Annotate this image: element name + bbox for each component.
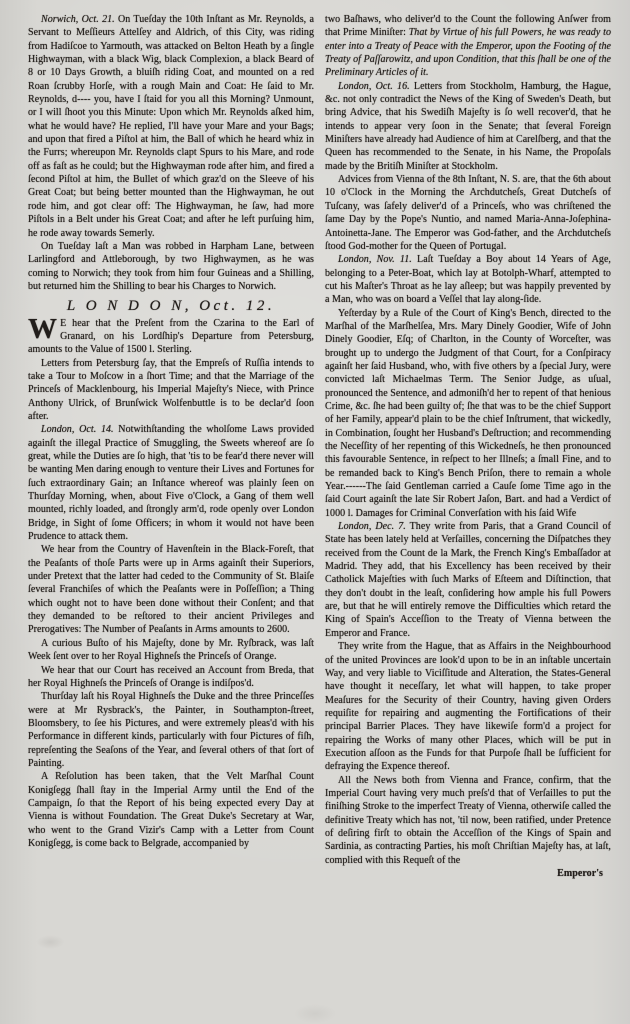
paragraph: Letters from Petersburg ſay, that the Em… [28,357,314,424]
body-text: E hear that the Preſent from the Czarina… [28,318,314,356]
paragraph: A Reſolution has been taken, that the Ve… [28,770,314,850]
body-text: We hear that our Court has received an A… [28,665,314,689]
paragraph: two Baſhaws, who deliver'd to the Count … [325,13,611,80]
section-heading: L O N D O N, Oct. 12. [28,300,314,313]
paragraph: All the News both from Vienna and France… [325,774,611,867]
column-container: Norwich, Oct. 21. On Tueſday the 10th In… [0,0,630,880]
body-text: Advices from Vienna of the 8th Inſtant, … [325,174,611,252]
body-text: We hear from the Country of Havenſtein i… [28,544,314,635]
paragraph: We hear that our Court has received an A… [28,664,314,691]
left-column: Norwich, Oct. 21. On Tueſday the 10th In… [28,13,314,880]
paragraph: London, Dec. 7. They write from Paris, t… [325,520,611,640]
paragraph: Norwich, Oct. 21. On Tueſday the 10th In… [28,13,314,240]
signoff-line: Emperor's [325,867,611,880]
body-text: They write from Paris, that a Grand Coun… [325,521,611,639]
dateline-text: Norwich, Oct. 21. [41,14,115,25]
paragraph: A curious Buſto of his Majeſty, done by … [28,637,314,664]
paragraph: Thurſday laſt his Royal Highneſs the Duk… [28,690,314,770]
body-text: A curious Buſto of his Majeſty, done by … [28,638,314,662]
paragraph: WE hear that the Preſent from the Czarin… [28,317,314,357]
body-text: On Tueſday the 10th Inſtant as Mr. Reyno… [28,14,314,239]
body-text: Notwithſtanding the wholſome Laws provid… [28,424,314,542]
drop-cap: W [28,317,60,341]
paragraph: Yeſterday by a Rule of the Court of King… [325,307,611,521]
body-text: Yeſterday by a Rule of the Court of King… [325,308,611,519]
dateline-text: London, Nov. 11. [338,254,412,265]
dateline-text: London, Dec. 7. [338,521,406,532]
paragraph: Advices from Vienna of the 8th Inſtant, … [325,173,611,253]
paragraph: They write from the Hague, that as Affai… [325,640,611,773]
body-text: A Reſolution has been taken, that the Ve… [28,771,314,849]
body-text: Thurſday laſt his Royal Highneſs the Duk… [28,691,314,769]
paragraph: London, Oct. 14. Notwithſtanding the who… [28,423,314,543]
body-text: Letters from Stockholm, Hamburg, the Hag… [325,81,611,172]
body-text: Letters from Petersburg ſay, that the Em… [28,358,314,422]
paragraph: On Tueſday laſt a Man was robbed in Harp… [28,240,314,293]
newspaper-page: Norwich, Oct. 21. On Tueſday the 10th In… [0,0,630,1024]
body-text: All the News both from Vienna and France… [325,775,611,866]
dateline-text: London, Oct. 14. [41,424,114,435]
body-text: They write from the Hague, that as Affai… [325,641,611,772]
right-column: two Baſhaws, who deliver'd to the Count … [325,13,611,880]
paragraph: London, Nov. 11. Laſt Tueſday a Boy abou… [325,253,611,306]
paragraph: We hear from the Country of Havenſtein i… [28,543,314,636]
body-text: On Tueſday laſt a Man was robbed in Harp… [28,241,314,292]
paragraph: London, Oct. 16. Letters from Stockholm,… [325,80,611,173]
dateline-text: London, Oct. 16. [338,81,410,92]
